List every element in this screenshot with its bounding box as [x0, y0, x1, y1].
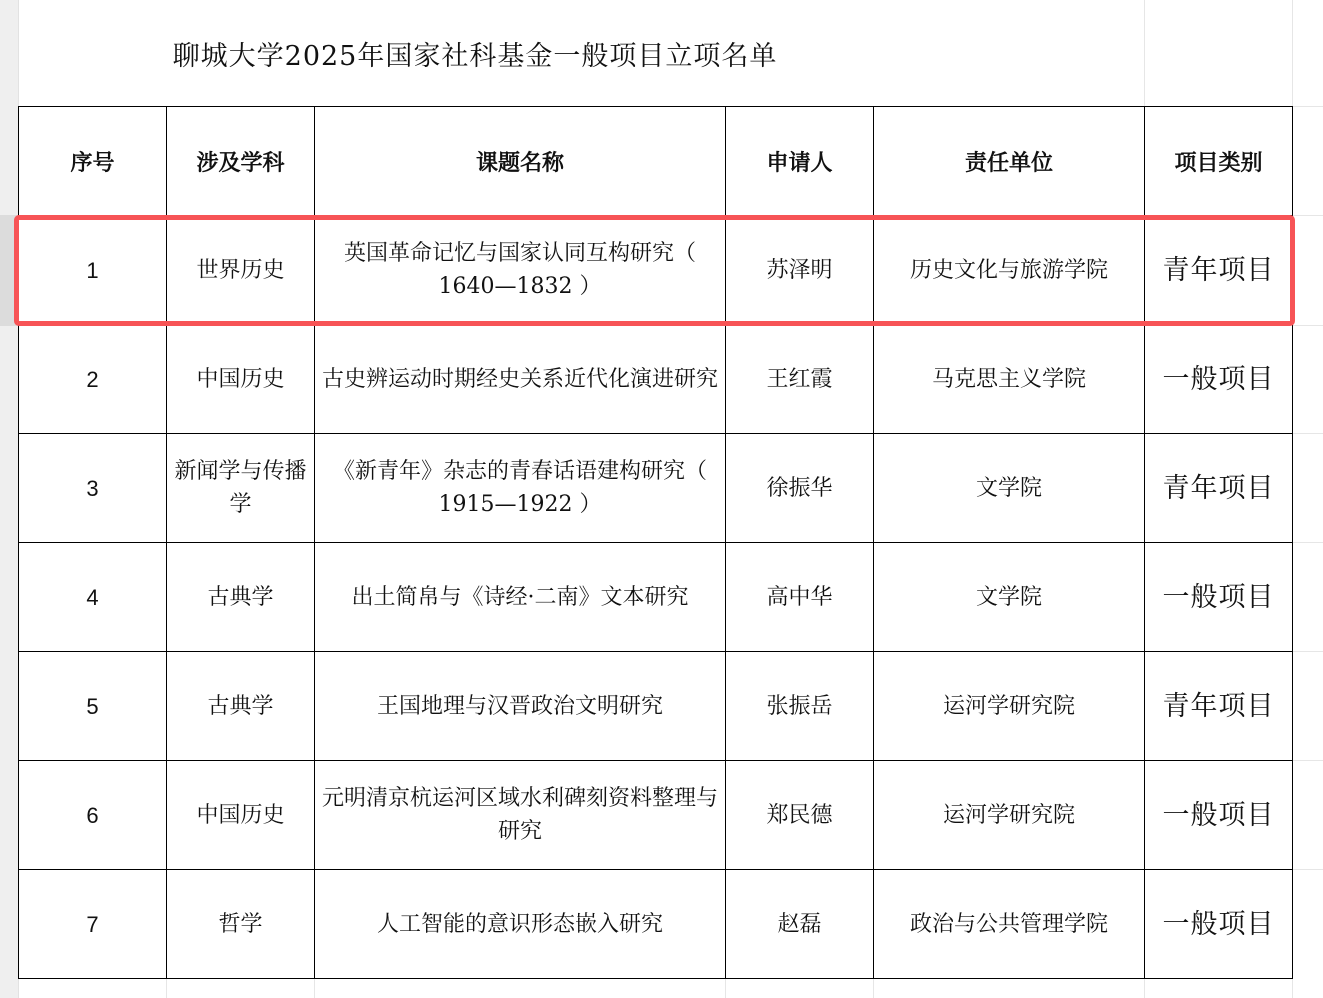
cell-no[interactable]: 3 [19, 434, 167, 543]
cell-unit[interactable]: 文学院 [874, 434, 1145, 543]
cell-topic[interactable]: 出土简帛与《诗经·二南》文本研究 [315, 543, 726, 652]
cell-subject[interactable]: 世界历史 [167, 216, 315, 325]
cell-no[interactable]: 6 [19, 761, 167, 870]
table-row: 3 新闻学与传播学 《新青年》杂志的青春话语建构研究（ 1915—1922 ） … [19, 434, 1293, 543]
cell-no[interactable]: 5 [19, 652, 167, 761]
cell-category[interactable]: 青年项目 [1145, 434, 1293, 543]
row-header-gutter [0, 0, 19, 998]
cell-no[interactable]: 7 [19, 870, 167, 979]
table-row: 1 世界历史 英国革命记忆与国家认同互构研究（ 1640—1832 ） 苏泽明 … [19, 216, 1293, 325]
cell-unit[interactable]: 运河学研究院 [874, 761, 1145, 870]
header-topic[interactable]: 课题名称 [315, 107, 726, 216]
cell-subject[interactable]: 中国历史 [167, 325, 315, 434]
cell-category[interactable]: 青年项目 [1145, 216, 1293, 325]
header-applicant[interactable]: 申请人 [726, 107, 874, 216]
cell-unit[interactable]: 历史文化与旅游学院 [874, 216, 1145, 325]
cell-unit[interactable]: 政治与公共管理学院 [874, 870, 1145, 979]
selected-row-header[interactable] [0, 215, 18, 326]
gridline [1292, 651, 1323, 652]
cell-applicant[interactable]: 苏泽明 [726, 216, 874, 325]
gridline [725, 978, 726, 998]
table-row: 4 古典学 出土简帛与《诗经·二南》文本研究 高中华 文学院 一般项目 [19, 543, 1293, 652]
cell-unit[interactable]: 马克思主义学院 [874, 325, 1145, 434]
cell-applicant[interactable]: 王红霞 [726, 325, 874, 434]
cell-unit[interactable]: 运河学研究院 [874, 652, 1145, 761]
cell-subject[interactable]: 哲学 [167, 870, 315, 979]
cell-category[interactable]: 一般项目 [1145, 761, 1293, 870]
gridline [1292, 542, 1323, 543]
cell-no[interactable]: 4 [19, 543, 167, 652]
cell-no[interactable]: 1 [19, 216, 167, 325]
cell-topic[interactable]: 《新青年》杂志的青春话语建构研究（ 1915—1922 ） [315, 434, 726, 543]
header-subject[interactable]: 涉及学科 [167, 107, 315, 216]
gridline [873, 978, 874, 998]
table-row: 5 古典学 王国地理与汉晋政治文明研究 张振岳 运河学研究院 青年项目 [19, 652, 1293, 761]
cell-topic[interactable]: 英国革命记忆与国家认同互构研究（ 1640—1832 ） [315, 216, 726, 325]
cell-topic[interactable]: 古史辨运动时期经史关系近代化演进研究 [315, 325, 726, 434]
gridline [314, 978, 315, 998]
gridline [166, 978, 167, 998]
gridline [1292, 433, 1323, 434]
cell-topic[interactable]: 元明清京杭运河区域水利碑刻资料整理与研究 [315, 761, 726, 870]
cell-category[interactable]: 一般项目 [1145, 543, 1293, 652]
document-title: 聊城大学2025年国家社科基金一般项目立项名单 [18, 0, 1292, 106]
table-row: 6 中国历史 元明清京杭运河区域水利碑刻资料整理与研究 郑民德 运河学研究院 一… [19, 761, 1293, 870]
cell-topic[interactable]: 王国地理与汉晋政治文明研究 [315, 652, 726, 761]
cell-applicant[interactable]: 赵磊 [726, 870, 874, 979]
table-row: 7 哲学 人工智能的意识形态嵌入研究 赵磊 政治与公共管理学院 一般项目 [19, 870, 1293, 979]
cell-subject[interactable]: 古典学 [167, 652, 315, 761]
cell-category[interactable]: 一般项目 [1145, 870, 1293, 979]
cell-no[interactable]: 2 [19, 325, 167, 434]
header-unit[interactable]: 责任单位 [874, 107, 1145, 216]
cell-subject[interactable]: 中国历史 [167, 761, 315, 870]
cell-applicant[interactable]: 徐振华 [726, 434, 874, 543]
cell-topic[interactable]: 人工智能的意识形态嵌入研究 [315, 870, 726, 979]
gridline [1292, 760, 1323, 761]
cell-subject[interactable]: 新闻学与传播学 [167, 434, 315, 543]
project-list-table: 序号 涉及学科 课题名称 申请人 责任单位 项目类别 1 世界历史 英国革命记忆… [18, 106, 1293, 979]
gridline [1292, 215, 1323, 216]
cell-applicant[interactable]: 高中华 [726, 543, 874, 652]
table-header-row: 序号 涉及学科 课题名称 申请人 责任单位 项目类别 [19, 107, 1293, 216]
gridline [1292, 869, 1323, 870]
cell-subject[interactable]: 古典学 [167, 543, 315, 652]
gridline [1292, 325, 1323, 326]
cell-unit[interactable]: 文学院 [874, 543, 1145, 652]
header-no[interactable]: 序号 [19, 107, 167, 216]
cell-applicant[interactable]: 郑民德 [726, 761, 874, 870]
cell-category[interactable]: 青年项目 [1145, 652, 1293, 761]
gridline [1144, 978, 1145, 998]
table-row: 2 中国历史 古史辨运动时期经史关系近代化演进研究 王红霞 马克思主义学院 一般… [19, 325, 1293, 434]
header-category[interactable]: 项目类别 [1145, 107, 1293, 216]
cell-category[interactable]: 一般项目 [1145, 325, 1293, 434]
cell-applicant[interactable]: 张振岳 [726, 652, 874, 761]
